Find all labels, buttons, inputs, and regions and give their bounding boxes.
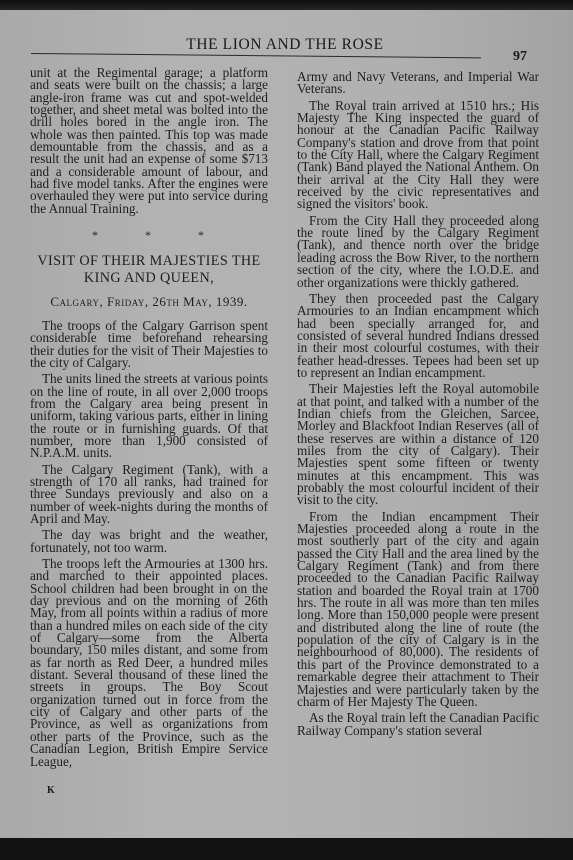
paragraph: They then proceeded past the Calgary Arm… [297, 293, 539, 379]
paragraph: From the City Hall they proceeded along … [297, 215, 539, 289]
paragraph: The Royal train arrived at 1510 hrs.; Hi… [297, 100, 539, 211]
left-column: unit at the Regimental garage; a platfor… [30, 67, 268, 772]
paragraph: The troops left the Armouries at 1300 hr… [30, 558, 268, 768]
paragraph: The day was bright and the weather, fort… [30, 529, 268, 554]
scan-bottom-edge [0, 838, 573, 860]
dateline: Calgary, Friday, 26th May, 1939. [30, 296, 268, 308]
continued-paragraph: unit at the Regimental garage; a platfor… [30, 67, 268, 215]
page-number: 97 [513, 49, 527, 65]
paragraph: As the Royal train left the Canadian Pac… [297, 712, 539, 737]
section-separator: * * * [30, 229, 268, 241]
running-head: THE LION AND THE ROSE [30, 36, 540, 54]
paragraph: Their Majesties left the Royal automobil… [297, 383, 539, 506]
paragraph: The units lined the streets at various p… [30, 373, 268, 459]
paragraph: The troops of the Calgary Garrison spent… [30, 320, 268, 369]
paragraph: From the Indian encampment Their Majesti… [297, 511, 539, 709]
continued-paragraph: Army and Navy Veterans, and Imperial War… [297, 71, 539, 96]
section-title: VISIT OF THEIR MAJESTIES THE KING AND QU… [30, 253, 268, 287]
paragraph: The Calgary Regiment (Tank), with a stre… [30, 464, 268, 526]
right-column: Army and Navy Veterans, and Imperial War… [297, 71, 539, 741]
signature-mark: K [47, 785, 55, 796]
